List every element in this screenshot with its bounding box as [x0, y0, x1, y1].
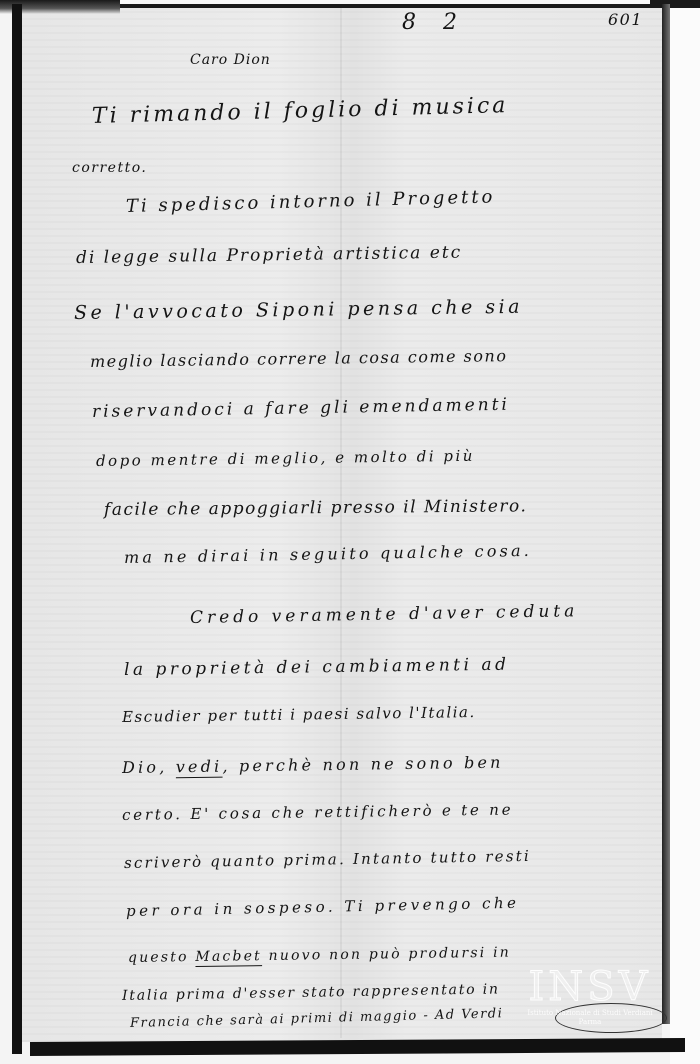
- watermark-caption-2: Parma: [510, 1018, 670, 1027]
- insv-watermark: INSV Istituto Nazionale di Studi Verdian…: [510, 965, 670, 1045]
- archive-number-center: 8 2: [402, 10, 467, 35]
- letter-line-2: corretto.: [72, 160, 147, 176]
- scan-right-border: [662, 4, 670, 1024]
- letter-line-9: facile che appoggiarli presso il Ministe…: [104, 496, 528, 520]
- paper-fold: [340, 8, 342, 1038]
- salutation: Caro Dion: [190, 52, 271, 68]
- scan-left-border: [12, 4, 22, 1054]
- watermark-logo: INSV: [510, 965, 670, 1009]
- archive-number-right: 601: [608, 10, 643, 29]
- watermark-caption-1: Istituto Nazionale di Studi Verdiani: [510, 1009, 670, 1018]
- underlined-word: Macbet: [195, 948, 262, 965]
- scan-margin: [670, 0, 700, 1064]
- underlined-word: vedi: [176, 757, 223, 777]
- scan-top-gap: [120, 0, 650, 4]
